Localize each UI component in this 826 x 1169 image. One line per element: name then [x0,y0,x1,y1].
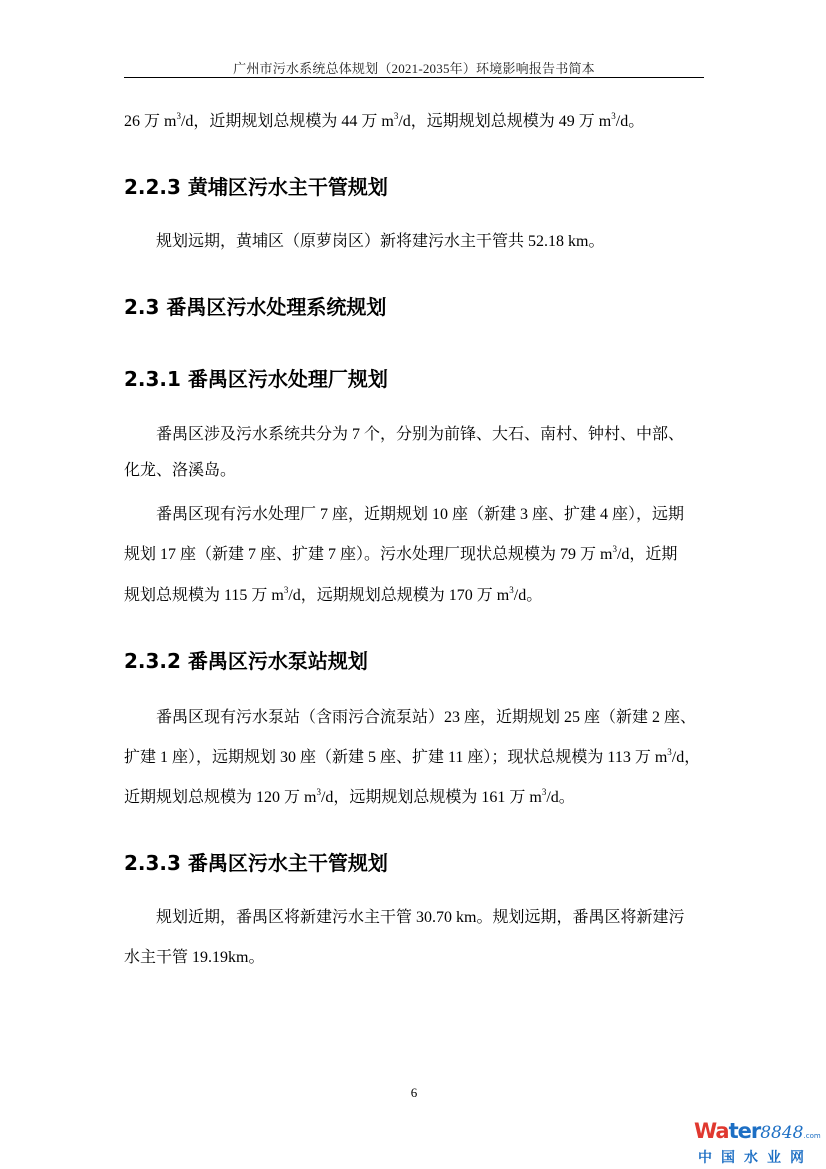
paragraph-panyu-pumps-l2: 扩建 1 座），远期规划 30 座（新建 5 座、扩建 11 座）；现状总规模为… [124,740,714,777]
watermark-chinese-name: 中国水业网 [698,1147,824,1167]
heading-2-3-3: 2.3.3 番禺区污水主干管规划 [124,850,388,876]
paragraph-huangpu-trunk: 规划远期，黄埔区（原萝岗区）新将建污水主干管共 52.18 km。 [124,224,714,261]
heading-2-3-2: 2.3.2 番禺区污水泵站规划 [124,648,368,674]
paragraph-panyu-systems-l1: 番禺区涉及污水系统共分为 7 个，分别为前锋、大石、南村、钟村、中部、 [124,417,714,454]
watermark-wordmark: Water8848.com [694,1121,824,1146]
paragraph-panyu-plants-l2: 规划 17 座（新建 7 座、扩建 7 座）。污水处理厂现状总规模为 79 万 … [124,537,714,574]
paragraph-panyu-pumps-l1: 番禺区现有污水泵站（含雨污合流泵站）23 座，近期规划 25 座（新建 2 座、 [124,700,714,737]
running-header: 广州市污水系统总体规划（2021-2035年）环境影响报告书简本 [124,58,704,77]
paragraph-panyu-plants-l1: 番禺区现有污水处理厂 7 座，近期规划 10 座（新建 3 座、扩建 4 座），… [124,497,714,534]
paragraph-panyu-trunk-l2: 水主干管 19.19km。 [124,940,714,977]
paragraph-continuation: 26 万 m3/d，近期规划总规模为 44 万 m3/d，远期规划总规模为 49… [124,104,714,141]
heading-2-3: 2.3 番禺区污水处理系统规划 [124,294,386,320]
paragraph-panyu-systems-l2: 化龙、洛溪岛。 [124,453,714,490]
header-divider [124,77,704,78]
paragraph-panyu-pumps-l3: 近期规划总规模为 120 万 m3/d，远期规划总规模为 161 万 m3/d。 [124,780,714,817]
paragraph-panyu-trunk-l1: 规划近期，番禺区将新建污水主干管 30.70 km。规划远期，番禺区将新建污 [124,900,714,937]
heading-2-3-1: 2.3.1 番禺区污水处理厂规划 [124,366,388,392]
page-number: 6 [404,1085,424,1101]
paragraph-panyu-plants-l3: 规划总规模为 115 万 m3/d，远期规划总规模为 170 万 m3/d。 [124,578,714,615]
watermark-logo: Water8848.com 中国水业网 [694,1121,824,1167]
heading-2-2-3: 2.2.3 黄埔区污水主干管规划 [124,174,388,200]
